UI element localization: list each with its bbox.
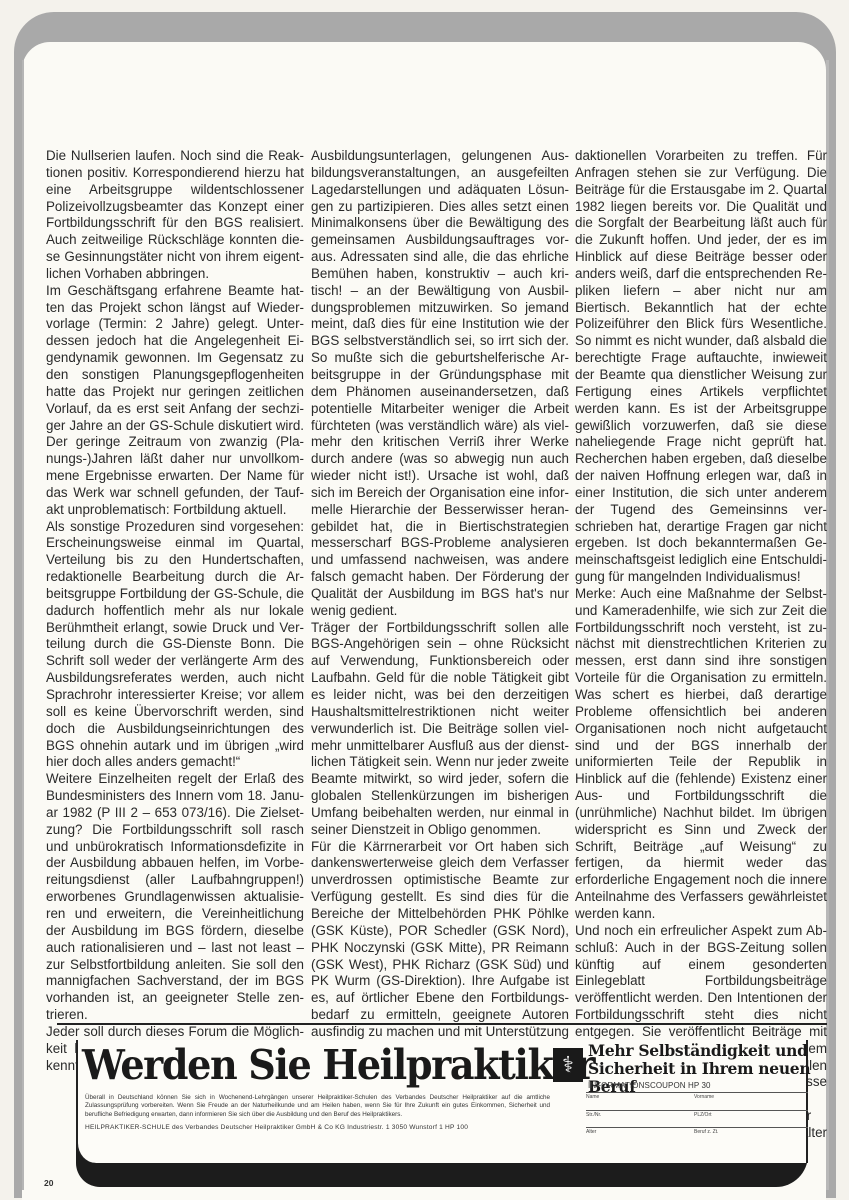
article-column-3: daktionellen Vorarbeiten zu treffen. Für… [575,148,827,1142]
paragraph: daktionellen Vorarbeiten zu treffen. Für… [575,148,827,586]
paragraph: Merke: Auch eine Maßnahme der Selbst- un… [575,586,827,923]
section-divider [57,1023,827,1025]
paragraph: Träger der Fortbildungsschrift sollen al… [311,620,569,839]
coupon-field-plz-label: PLZ/Ort [694,1112,712,1118]
article-column-2: Ausbildungsunterlagen, gelungenen Aus­bi… [311,148,569,1058]
page-number: 20 [44,1178,53,1188]
coupon-title: INFORMATIONSCOUPON HP 30 [588,1081,711,1090]
coupon-field-vorname-label: Vorname [694,1094,714,1100]
ad-headline: Werden Sie Heilpraktiker [82,1040,594,1090]
ad-body-text: Überall in Deutschland können Sie sich i… [85,1094,550,1119]
ad-slogan-line-1: Mehr Selbständigkeit und [588,1042,849,1060]
coupon-field-row-2[interactable]: Str./Nr. PLZ/Ort [586,1110,808,1122]
paragraph: Im Geschäftsgang erfahrene Beamte hat­te… [46,283,304,519]
coupon-field-row-3[interactable]: Alter Beruf z. Zt. [586,1127,808,1139]
ad-slogan-line-2: Sicherheit in Ihrem neuen Beruf [588,1060,849,1096]
left-margin-rule [22,60,24,1190]
coupon-field-age-label: Alter [586,1129,596,1135]
paragraph: Die Nullserien laufen. Noch sind die Rea… [46,148,304,283]
coupon-field-street-label: Str./Nr. [586,1112,601,1118]
coupon-field-profession-label: Beruf z. Zt. [694,1129,718,1135]
paragraph: Ausbildungsunterlagen, gelungenen Aus­bi… [311,148,569,620]
paragraph: Als sonstige Prozeduren sind vorgesehen:… [46,519,304,772]
coupon-field-row-1[interactable]: Name Vorname [586,1092,808,1104]
paragraph: Weitere Einzelheiten regelt der Erlaß de… [46,771,304,1024]
ad-footer-address: HEILPRAKTIKER-SCHULE des Verbandes Deuts… [85,1124,468,1131]
article-column-1: Die Nullserien laufen. Noch sind die Rea… [46,148,304,1074]
coupon-field-name-label: Name [586,1094,599,1100]
caduceus-icon: ⚕ [553,1048,583,1082]
